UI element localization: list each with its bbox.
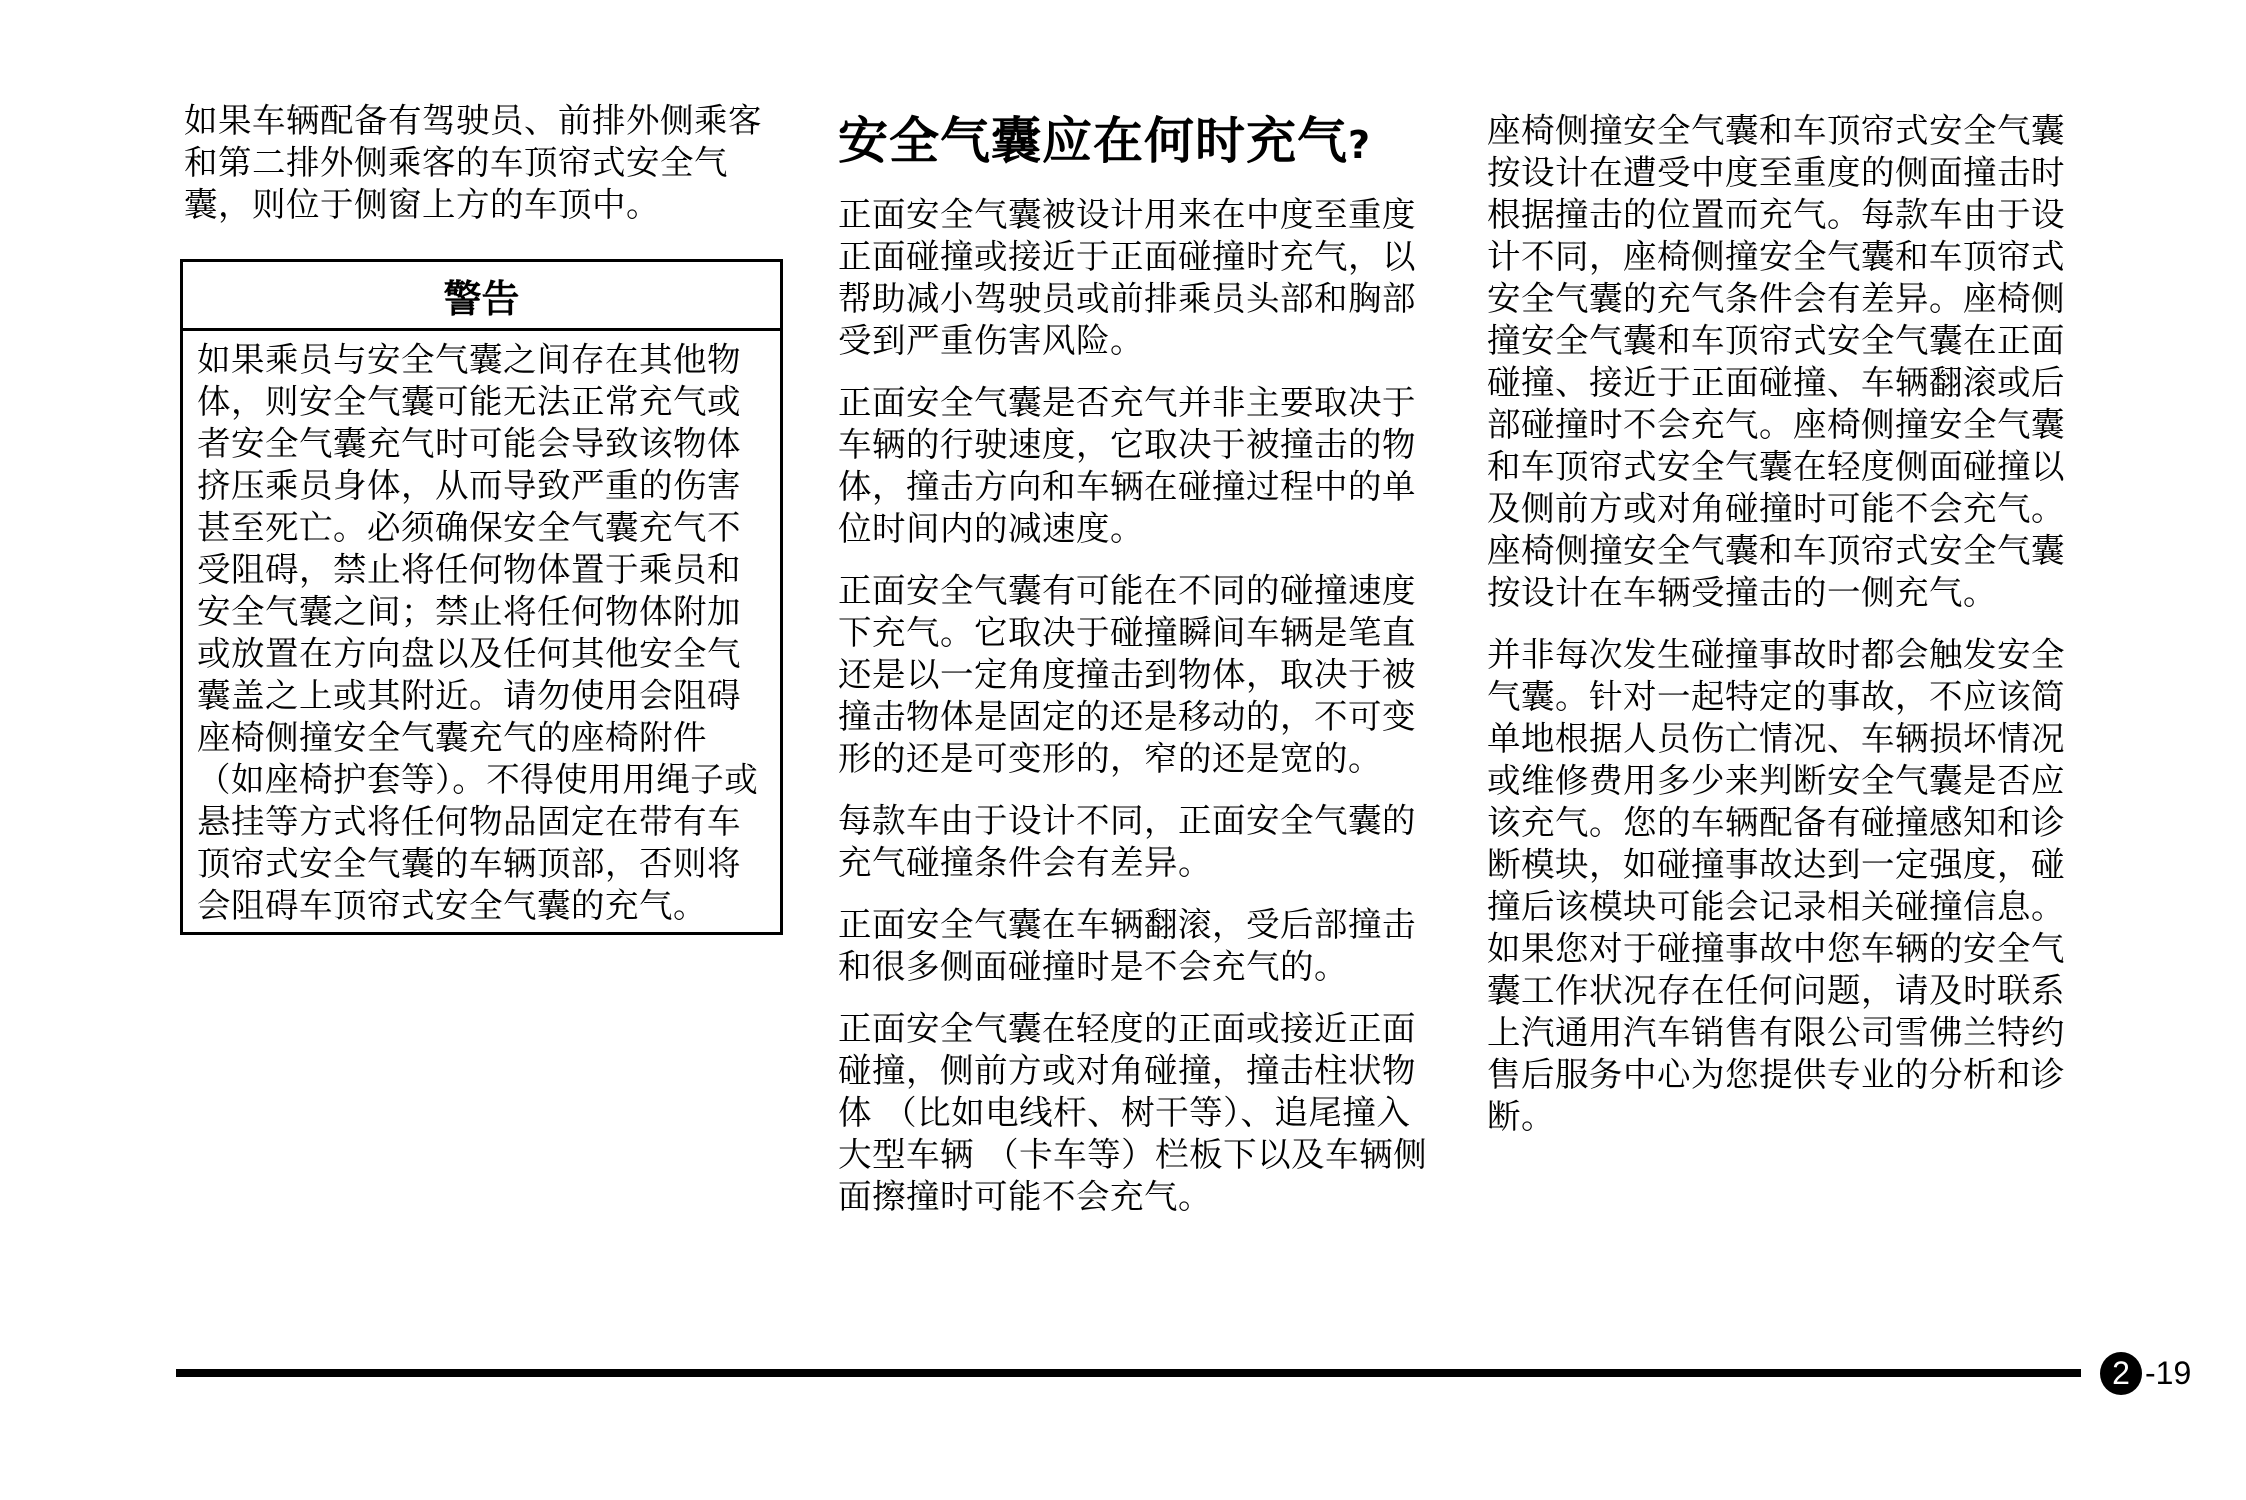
intro-paragraph: 如果车辆配备有驾驶员、前排外侧乘客和第二排外侧乘客的车顶帘式安全气囊，则位于侧窗… <box>184 100 784 226</box>
warning-title: 警告 <box>183 262 780 331</box>
chapter-badge: 2 <box>2100 1352 2142 1395</box>
paragraph-deployment-note: 并非每次发生碰撞事故时都会触发安全气囊。针对一起特定的事故，不应该简单地根据人员… <box>1487 634 2087 1138</box>
right-column: 座椅侧撞安全气囊和车顶帘式安全气囊按设计在遭受中度至重度的侧面撞击时根据撞击的位… <box>1487 110 2087 1158</box>
paragraph-frontal-no-deploy: 正面安全气囊在车辆翻滚，受后部撞击和很多侧面碰撞时是不会充气的。 <box>838 904 1438 988</box>
paragraph-frontal-design: 正面安全气囊被设计用来在中度至重度正面碰撞或接近于正面碰撞时充气，以帮助减小驾驶… <box>838 194 1438 362</box>
page-suffix: -19 <box>2145 1355 2191 1392</box>
paragraph-frontal-variance: 每款车由于设计不同，正面安全气囊的充气碰撞条件会有差异。 <box>838 800 1438 884</box>
section-heading: 安全气囊应在何时充气? <box>838 110 1438 176</box>
paragraph-frontal-may-not-deploy: 正面安全气囊在轻度的正面或接近正面碰撞，侧前方或对角碰撞，撞击柱状物体 （比如电… <box>838 1008 1438 1218</box>
middle-column: 安全气囊应在何时充气? 正面安全气囊被设计用来在中度至重度正面碰撞或接近于正面碰… <box>838 110 1438 1238</box>
question-mark: ? <box>1348 123 1371 167</box>
section-heading-text: 安全气囊应在何时充气 <box>838 112 1348 170</box>
warning-body: 如果乘员与安全气囊之间存在其他物体，则安全气囊可能无法正常充气或者安全气囊充气时… <box>197 339 770 927</box>
warning-box: 警告 如果乘员与安全气囊之间存在其他物体，则安全气囊可能无法正常充气或者安全气囊… <box>180 259 783 935</box>
left-column: 如果车辆配备有驾驶员、前排外侧乘客和第二排外侧乘客的车顶帘式安全气囊，则位于侧窗… <box>184 100 784 226</box>
paragraph-frontal-conditions: 正面安全气囊有可能在不同的碰撞速度下充气。它取决于碰撞瞬间车辆是笔直还是以一定角… <box>838 570 1438 780</box>
paragraph-side-airbags: 座椅侧撞安全气囊和车顶帘式安全气囊按设计在遭受中度至重度的侧面撞击时根据撞击的位… <box>1487 110 2087 614</box>
footer-rule <box>176 1369 2081 1377</box>
page-number: 2 -19 <box>2100 1352 2191 1395</box>
paragraph-frontal-speed: 正面安全气囊是否充气并非主要取决于车辆的行驶速度，它取决于被撞击的物体，撞击方向… <box>838 382 1438 550</box>
